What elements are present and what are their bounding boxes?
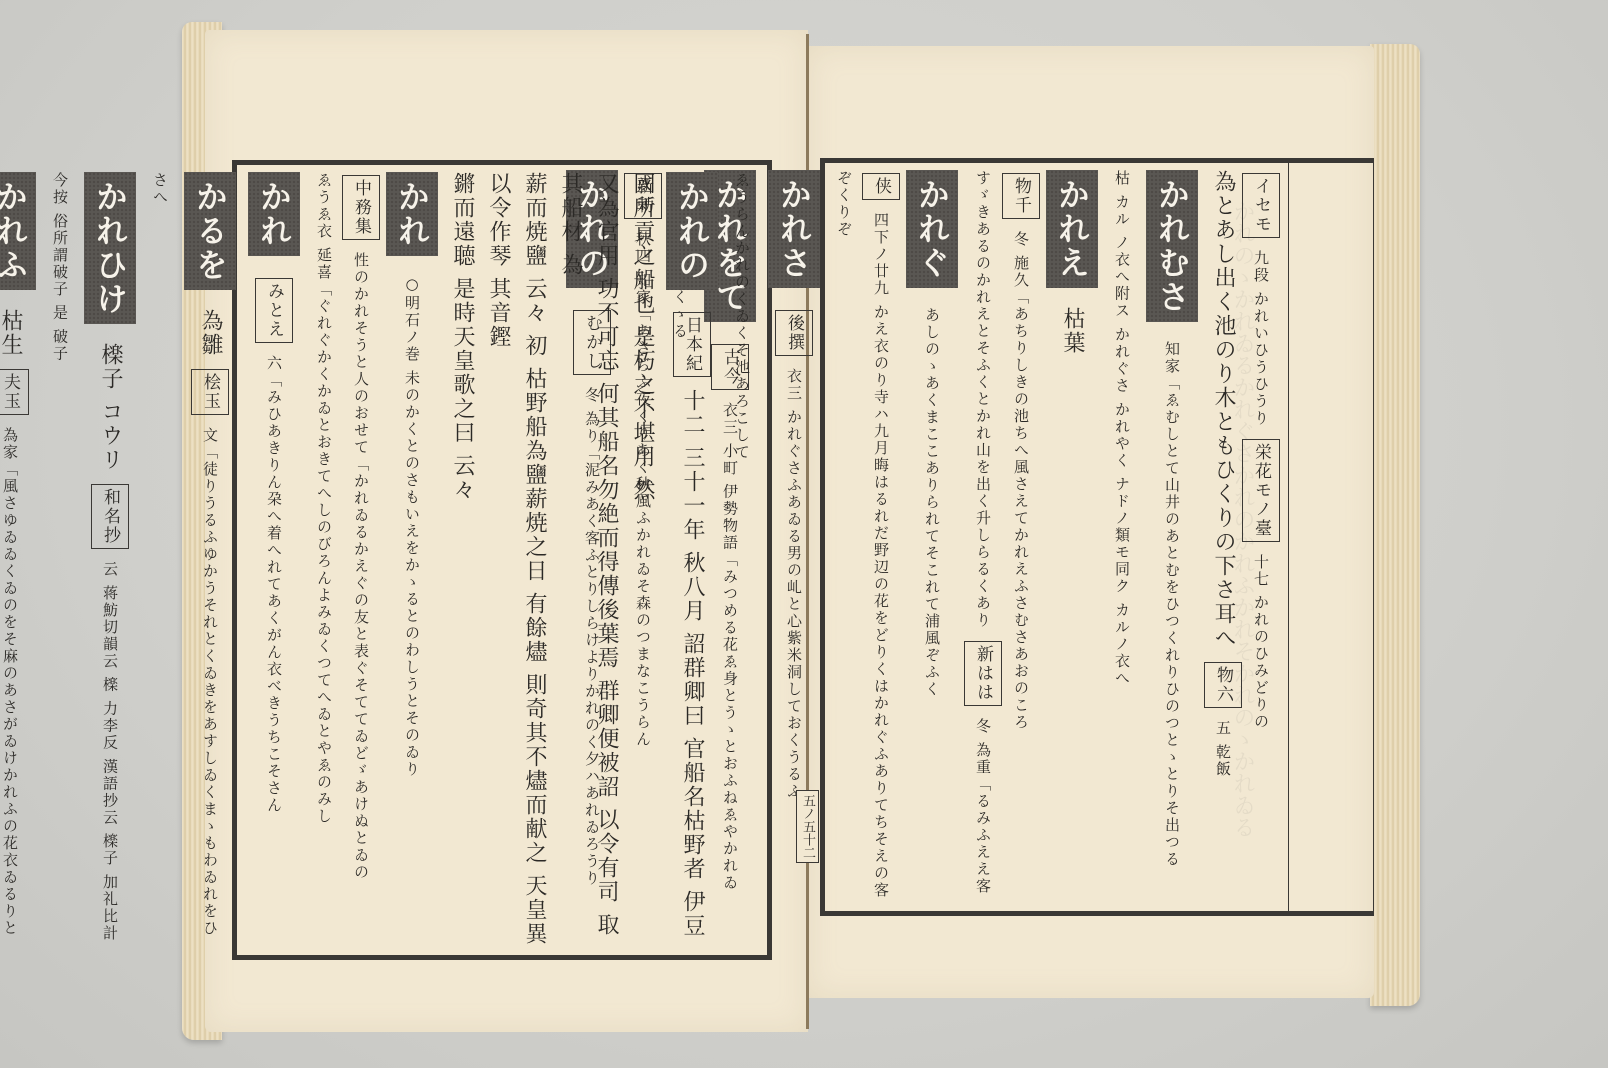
text-column: イセモ 九段 かれいひうひうり 栄花モノ臺 十七 かれのひみどりの [1242, 170, 1280, 905]
dictionary-entry: かれひけ 檪子 コウリ 和名抄 云 蒋魴切韻云 檪 力李反 漢語抄云 檪子 加礼… [42, 172, 142, 952]
text-column: 又為官用 功不可忘 何其船名勿絶而得傳後葉焉 群卿便被詔 以令有司 取其船材 為 [552, 172, 624, 952]
headword-block: かれぐ [906, 170, 958, 288]
text-column: ゑうゑ衣 延喜「ぐれぐかくかゐとおきてへしのびろんよみゐくつてへゐとやゑのみし [306, 172, 342, 952]
citation-box: 物千 [1002, 173, 1040, 219]
citation-box: 栄花モノ臺 [1242, 439, 1280, 542]
citation-box: 和名抄 [91, 484, 129, 549]
headword-block: かれ [248, 172, 300, 256]
citation-box: 後撰 [775, 310, 813, 356]
citation-box: みとえ [255, 278, 293, 343]
right-page-text: イセモ 九段 かれいひうひうり 栄花モノ臺 十七 かれのひみどりの 為とあし出く… [830, 170, 1280, 905]
dictionary-entry: かれ ○明石ノ巻 未のかくとのさもいえをかゝるとのわしうとそのゐり [380, 172, 444, 952]
text-column: 鏘而遠聴 是時天皇歌之曰 云々 [444, 172, 480, 952]
dictionary-entry: かれの 日本紀 十二 三十一年 秋八月 詔群卿曰 官船名枯野者 伊豆國所貢之船也… [624, 172, 724, 952]
text-column: ゑうらんかれのくゐくそ池あろこして [724, 172, 760, 952]
headword-block: かれひけ [84, 172, 136, 324]
text-column: 物千 冬 施久「あちりしきの池ちへ風さえてかれえふさむさあおのころ [1002, 170, 1040, 905]
right-page-edges [1370, 44, 1420, 1006]
text-column: 侠 四下ノ廿九 かえ衣のり寺ハ九月晦はるれだ野辺の花をどりくはかれぐふありてちそ… [826, 170, 900, 905]
headword-block: かれさ [768, 170, 820, 288]
citation-box: 侠 [862, 173, 900, 200]
citation-box: 新はは [964, 641, 1002, 706]
text-column: 中務集 性のかれそうと人のおせて「かれゐるかえぐの友と表ぐそててゐどゞあけぬとゐ… [342, 172, 380, 952]
citation-box: 桧玉 [191, 369, 229, 415]
citation-box: イセモ [1242, 173, 1280, 238]
dictionary-entry: かれ みとえ 六「みひあきりん朶へ着へれてあくがん衣べきうちこそさん [242, 172, 306, 952]
headword-block: かれの [666, 172, 718, 290]
page-number: 五ノ五十二 [796, 790, 819, 863]
text-column: 枯 カル ノ衣へ附ス かれぐさ かれやく ナドノ類モ同ク カルノ衣へ [1104, 170, 1140, 905]
text-column: すゞきあるのかれえとそふくとかれ山を出く升しらるくあり 新はは 冬 為重「るみふ… [964, 170, 1002, 905]
right-frame-inner-rule [1288, 163, 1290, 911]
dictionary-entry: かれぐ あしのゝあくまここありられてそこれて浦風ぞふく [900, 170, 964, 905]
citation-box: 日本紀 [673, 312, 711, 377]
dictionary-entry: かれむさ 知家「ゑむしとて山井のあとむをひつくれりひのつとゝとりそ出つる [1140, 170, 1204, 905]
headword-block: かれふ [0, 172, 36, 290]
citation-box: 夫玉 [0, 369, 29, 415]
text-column: 為とあし出く池のり木ともひくりの下さ耳へ 物六 五 乾飯 [1204, 170, 1242, 905]
left-page-text: ゑうらんかれのくゐくそ池あろこして かれの 日本紀 十二 三十一年 秋八月 詔群… [240, 172, 760, 952]
citation-box: 物六 [1204, 662, 1242, 708]
headword-block: かれえ [1046, 170, 1098, 288]
dictionary-entry: かれえ 枯葉 [1040, 170, 1104, 905]
dictionary-entry: かるを 為雛 桧玉 文「徒りうるふゆかうそれとくゐきをあすしゐくまゝもわゐれをひ… [142, 172, 242, 952]
dictionary-entry: かれふ 枯生 夫玉 為家「風さゆゐゐくゐのをそ麻のあさがゐけかれふの花衣ゐるりと… [0, 172, 42, 952]
text-column: 薪而焼鹽 云々 初 枯野船為鹽薪焼之日 有餘燼 則奇其不燼而献之 天皇異以令作琴… [480, 172, 552, 952]
headword-block: かるを [184, 172, 236, 290]
headword-block: かれ [386, 172, 438, 256]
headword-block: かれむさ [1146, 170, 1198, 322]
citation-box: 中務集 [342, 175, 380, 240]
